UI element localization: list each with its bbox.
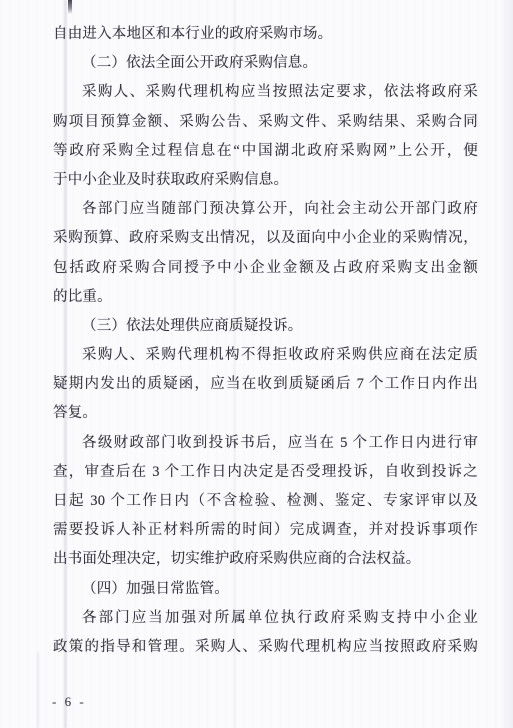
document-body: 自由进入本地区和本行业的政府采购市场。 （二）依法全面公开政府采购信息。 采购人… [53, 20, 478, 662]
text-line: 采购人、采购代理机构应当按照法定要求，依法将政府采 [53, 78, 478, 107]
scan-streak [37, 652, 39, 728]
text-line: 疑期内发出的质疑函，应当在收到质疑函后 7 个工作日内作出 [53, 370, 478, 399]
scanned-document-page: 自由进入本地区和本行业的政府采购市场。 （二）依法全面公开政府采购信息。 采购人… [0, 0, 513, 728]
text-line: 出书面处理决定，切实维护政府采购供应商的合法权益。 [53, 545, 478, 574]
scan-fold-line-dark-top [68, 0, 72, 14]
text-line: 政策的指导和管理。采购人、采购代理机构应当按照政府采购 [53, 633, 478, 662]
text-line: 答复。 [53, 399, 478, 428]
text-line: 各级财政部门收到投诉书后，应当在 5 个工作日内进行审 [53, 429, 478, 458]
text-line: 自由进入本地区和本行业的政府采购市场。 [53, 20, 478, 49]
text-line: （二）依法全面公开政府采购信息。 [53, 49, 478, 78]
text-line: 需要投诉人补正材料所需的时间）完成调查，并对投诉事项作 [53, 516, 478, 545]
text-line: 的比重。 [53, 283, 478, 312]
page-number: - 6 - [52, 693, 86, 711]
text-line: 各部门应当加强对所属单位执行政府采购支持中小企业 [53, 604, 478, 633]
text-line: （四）加强日常监管。 [53, 575, 478, 604]
text-line: 日起 30 个工作日内（不含检验、检测、鉴定、专家评审以及 [53, 487, 478, 516]
text-line: 购项目预算金额、采购公告、采购文件、采购结果、采购合同 [53, 108, 478, 137]
text-line: 采购预算、政府采购支出情况，以及面向中小企业的采购情况， [53, 224, 478, 253]
scan-edge-shadow [500, 0, 513, 728]
text-line: 等政府采购全过程信息在“中国湖北政府采购网”上公开，便 [53, 137, 478, 166]
text-line: 查，审查后在 3 个工作日内决定是否受理投诉，自收到投诉之 [53, 458, 478, 487]
text-line: 包括政府采购合同授予中小企业金额及占政府采购支出金额 [53, 254, 478, 283]
text-line: 于中小企业及时获取政府采购信息。 [53, 166, 478, 195]
text-line: 采购人、采购代理机构不得拒收政府采购供应商在法定质 [53, 341, 478, 370]
text-line: （三）依法处理供应商质疑投诉。 [53, 312, 478, 341]
text-line: 各部门应当随部门预决算公开，向社会主动公开部门政府 [53, 195, 478, 224]
